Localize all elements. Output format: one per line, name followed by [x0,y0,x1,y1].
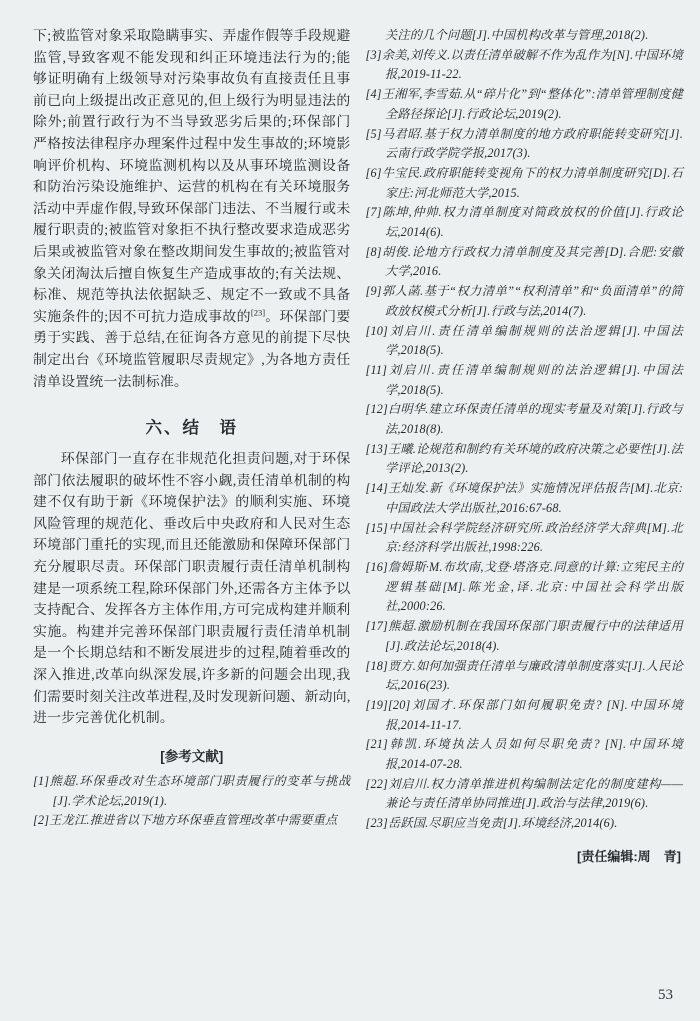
references-list-left: [1]熊超.环保垂改对生态环境部门职责履行的变革与挑战[J].学术论坛,2019… [33,772,351,831]
reference-item-5: [5]马君昭.基于权力清单制度的地方政府职能转变研究[J].云南行政学院学报,2… [366,125,684,164]
reference-item-6: [6]牛宝民.政府职能转变视角下的权力清单制度研究[D].石家庄:河北师范大学,… [366,164,684,203]
citation-superscript: [23] [251,307,265,317]
two-column-layout: 下;被监管对象采取隐瞒事实、弄虚作假等手段规避监管,导致客观不能发现和纠正环境违… [0,0,700,865]
reference-item-16: [16]詹姆斯·M.布坎南,戈登·塔洛克.同意的计算:立宪民主的逻辑基础[M].… [366,558,684,617]
right-column: 关注的几个问题[J].中国机构改革与管理,2018(2). [3]余美,刘传义.… [366,26,684,865]
section-heading-conclusion: 六、结 语 [33,414,351,438]
reference-item-19-20: [19][20]刘国才.环保部门如何履职免责? [N].中国环境报,2014-1… [366,696,684,735]
reference-item-22: [22]刘启川.权力清单推进机构编制法定化的制度建构——兼论与责任清单协同推进[… [366,775,684,814]
left-column: 下;被监管对象采取隐瞒事实、弄虚作假等手段规避监管,导致客观不能发现和纠正环境违… [33,26,351,865]
reference-item-2: [2]王龙江.推进省以下地方环保垂直管理改革中需要重点 [33,811,351,831]
reference-item-17: [17]熊超.激励机制在我国环保部门职责履行中的法律适用[J].政法论坛,201… [366,617,684,656]
reference-item-23: [23]岳跃国.尽职应当免责[J].环境经济,2014(6). [366,814,684,834]
reference-item-2-continuation: 关注的几个问题[J].中国机构改革与管理,2018(2). [366,26,684,46]
references-list-right: 关注的几个问题[J].中国机构改革与管理,2018(2). [3]余美,刘传义.… [366,26,684,834]
reference-item-14: [14]王灿发.新《环境保护法》实施情况评估报告[M].北京:中国政法大学出版社… [366,479,684,518]
reference-item-13: [13]王曦.论规范和制约有关环境的政府决策之必要性[J].法学评论,2013(… [366,440,684,479]
reference-item-18: [18]贾方.如何加强责任清单与廉政清单制度落实[J].人民论坛,2016(23… [366,657,684,696]
paper-page: 下;被监管对象采取隐瞒事实、弄虚作假等手段规避监管,导致客观不能发现和纠正环境违… [0,0,700,1021]
reference-item-3: [3]余美,刘传义.以责任清单破解不作为乱作为[N].中国环境报,2019-11… [366,46,684,85]
reference-item-11: [11]刘启川.责任清单编制规则的法治逻辑[J].中国法学,2018(5). [366,361,684,400]
reference-item-10: [10]刘启川.责任清单编制规则的法治逻辑[J].中国法学,2018(5). [366,322,684,361]
reference-item-15: [15]中国社会科学院经济研究所.政治经济学大辞典[M].北京:经济科学出版社,… [366,519,684,558]
conclusion-paragraph: 环保部门一直存在非规范化担责问题,对于环保部门依法履职的破坏性不容小觑,责任清单… [33,449,351,730]
references-heading: [参考文献] [33,745,351,765]
reference-item-9: [9]郭人菡.基于“权力清单”“权利清单”和“负面清单”的简政放权模式分析[J]… [366,282,684,321]
reference-item-21: [21]韩凯.环境执法人员如何尽职免责? [N].中国环境报,2014-07-2… [366,735,684,774]
reference-item-12: [12]白明华.建立环保责任清单的现实考量及对策[J].行政与法,2018(8)… [366,400,684,439]
reference-item-4: [4]王湘军,李雪茹.从“碎片化”到“整体化”:清单管理制度健全路径探论[J].… [366,85,684,124]
reference-item-8: [8]胡俊.论地方行政权力清单制度及其完善[D].合肥:安徽大学,2016. [366,243,684,282]
editor-credit: [责任编辑:周 青] [366,846,682,865]
paragraph-text-before-citation: 下;被监管对象采取隐瞒事实、弄虚作假等手段规避监管,导致客观不能发现和纠正环境违… [33,29,351,325]
body-paragraph-top: 下;被监管对象采取隐瞒事实、弄虚作假等手段规避监管,导致客观不能发现和纠正环境违… [33,26,351,393]
reference-item-1: [1]熊超.环保垂改对生态环境部门职责履行的变革与挑战[J].学术论坛,2019… [33,772,351,811]
page-number: 53 [658,987,673,1004]
reference-item-7: [7]陈坤,仲帅.权力清单制度对简政放权的价值[J].行政论坛,2014(6). [366,203,684,242]
